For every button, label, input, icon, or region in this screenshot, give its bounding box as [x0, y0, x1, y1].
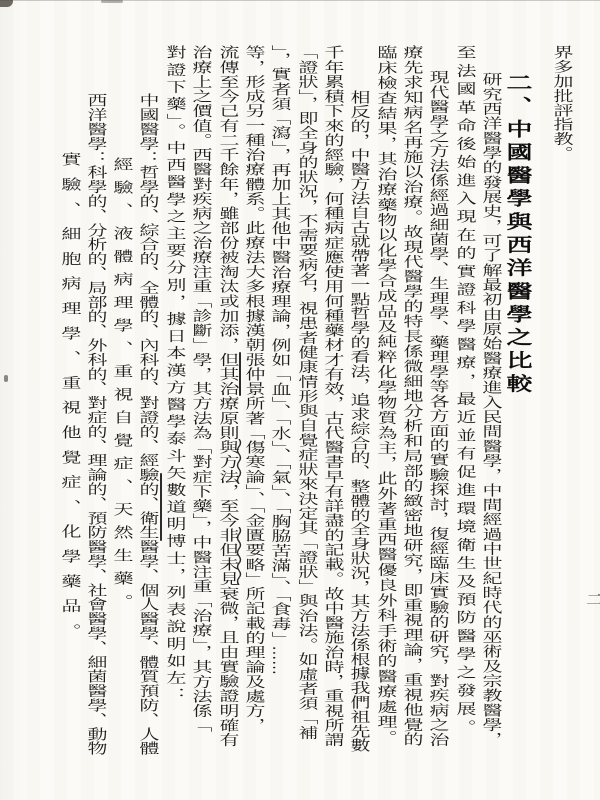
body-column-5: 臨床檢查結果，其治療藥物以化學合成品及純粹化學物質為主，此外著重西醫優良外科手術…: [375, 45, 395, 745]
body-column-3: 現代醫學之方法係經過細菌學、生理學、藥理學等各方面的實驗探討，復經臨床實驗的研究…: [427, 70, 447, 747]
body-column-4: 療先求知病名再施以治療。故現代醫學的特長係微細地分析和局部的緻密地研究，即重視理…: [401, 45, 421, 747]
proper-noun-mark: [160, 473, 162, 541]
body-column-2: 至法國革命後始進入現在的實證科學醫療，最近並有促進環境衛生及預防醫學之發展。: [454, 45, 474, 738]
scan-speck: [101, 0, 123, 3]
chapter-title: 二、中國醫學與西洋醫學之比較: [504, 73, 530, 397]
body-column-13: 對證下藥」。中西醫學之主要分別，據日本漢方醫學泰斗矢數道明博士，列表說明如左：: [164, 45, 184, 712]
body-column-6: 相反的，中醫方法自古就帶著一點哲學的看法，追求綜合的、整體的全身狀況，其方法係根…: [348, 90, 368, 747]
book-title-mark: [236, 439, 242, 484]
body-column-17: 實驗、細胞病理學、重視他覺症、化學藥品。: [59, 152, 79, 648]
book-title-mark: [236, 527, 242, 585]
page-number: 二: [580, 592, 600, 606]
body-column-16: 西洋醫學：科學的、分析的、局部的、外科的、對症的、理論的、預防醫學、社會醫學、細…: [85, 93, 105, 747]
scan-corner-smudge: [0, 0, 13, 7]
body-column-15: 經驗、液體病理學、重視自覺症、天然生藥。: [111, 157, 131, 617]
proper-noun-mark: [239, 352, 241, 396]
body-column-12: 治療上之價值。西醫對疾病之治療注重「診斷」學，其方法為「對症下藥」，中醫注重「治…: [190, 45, 210, 747]
body-column-11: 流傳至今已有二千餘年，雖部份被淘汰或加添，但其治療原則與方法，至今非但未見衰微，…: [217, 45, 237, 747]
body-column-8: 「證狀」，即全身的狀況，不需要病名，視患者健康情形與自覺症狀來決定其「證狀」與治…: [296, 45, 316, 747]
margin-carryover-text: 界多加批評指教。: [551, 45, 571, 160]
body-column-7: 千年累積下來的經驗，何種病症應使用何種藥材才有效，古代醫書早有詳盡的記載。故中醫…: [322, 45, 342, 747]
wavy-line-icon: [236, 439, 242, 484]
book-page: 界多加批評指教。 二、中國醫學與西洋醫學之比較 研究西洋醫學的發展史，可了解最初…: [0, 0, 600, 800]
body-column-10: 等，形成另一種治療體系。此療法大多根據漢朝張仲景所著「傷寒論」、「金匱要略」所記…: [243, 45, 263, 747]
body-column-14: 中國醫學：哲學的、綜合的、全體的、內科的、對證的、經驗的、衛生醫學、個人醫學、體…: [137, 93, 157, 747]
wavy-line-icon: [236, 527, 242, 585]
body-column-1: 研究西洋醫學的發展史，可了解最初由原始醫療進入民間醫學，中間經過中世紀時代的巫術…: [480, 72, 500, 747]
scan-speck: [4, 375, 8, 382]
scan-edge-line: [0, 0, 600, 1]
body-column-9: 」，實者須「瀉」，再加上其他中醫治療理論，例如「血」、「水」、「氣」、「胸脇苦滿…: [269, 45, 289, 747]
